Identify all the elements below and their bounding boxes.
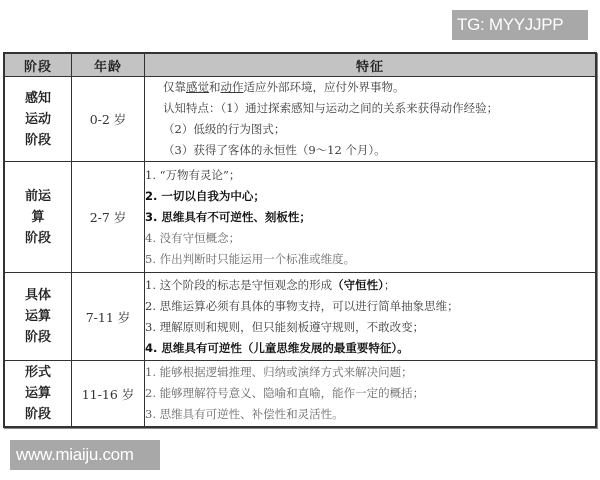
- stage-line: 运算: [5, 383, 71, 404]
- watermark-top-text: TG: MYYJJPP: [457, 15, 563, 35]
- features-cell: 1. 能够根据逻辑推理、归纳或演绎方式来解决问题； 2. 能够理解符号意义、隐喻…: [145, 361, 597, 428]
- stage-line: 阶段: [5, 327, 71, 348]
- stage-cell: 感知 运动 阶段: [4, 77, 72, 162]
- stage-line: 前运: [5, 186, 71, 207]
- stage-line: 阶段: [5, 130, 71, 151]
- feature-text: 适应外部环境，应付外界事物。: [244, 80, 405, 94]
- feature-line: （3）获得了客体的永恒性（9～12 个月）。: [163, 140, 595, 161]
- stage-cell: 具体 运算 阶段: [4, 273, 72, 361]
- feature-line-bold: 4. 思维具有可逆性（儿童思维发展的最重要特征）。: [145, 338, 595, 359]
- header-age: 年龄: [72, 53, 145, 77]
- header-features: 特征: [145, 53, 597, 77]
- header-stage: 阶段: [4, 53, 72, 77]
- age-cell: 11-16 岁: [72, 361, 145, 428]
- stage-line: 阶段: [5, 228, 71, 249]
- table-row-formal-operational: 形式 运算 阶段 11-16 岁 1. 能够根据逻辑推理、归纳或演绎方式来解决问…: [4, 361, 596, 428]
- feature-line: 5. 作出判断时只能运用一个标准或维度。: [145, 249, 595, 270]
- stage-cell: 形式 运算 阶段: [4, 361, 72, 428]
- feature-text: 和: [209, 80, 221, 94]
- feature-line: 4. 没有守恒概念；: [145, 228, 595, 249]
- stage-line: 运算: [5, 306, 71, 327]
- feature-line: （2）低级的行为图式；: [163, 119, 595, 140]
- feature-line: 3. 思维具有可逆性、补偿性和灵活性。: [145, 404, 595, 425]
- feature-underlined-text: 动作: [221, 80, 244, 94]
- stage-line: 算: [5, 207, 71, 228]
- feature-line: 1. “万物有灵论”；: [145, 165, 595, 186]
- feature-text: ；: [384, 278, 396, 292]
- feature-line-bold: 2. 一切以自我为中心；: [145, 186, 595, 207]
- features-cell: 1. 这个阶段的标志是守恒观念的形成（守恒性）； 2. 思维运算必须有具体的事物…: [145, 273, 597, 361]
- feature-text: 仅靠: [163, 80, 186, 94]
- feature-line: 1. 这个阶段的标志是守恒观念的形成（守恒性）；: [145, 275, 595, 296]
- watermark-bottom-text: www.miaiju.com: [16, 445, 134, 465]
- feature-line: 2. 能够理解符号意义、隐喻和直喻，能作一定的概括；: [145, 383, 595, 404]
- stage-line: 具体: [5, 285, 71, 306]
- watermark-bottom: www.miaiju.com: [10, 440, 160, 470]
- table-row-preoperational: 前运 算 阶段 2-7 岁 1. “万物有灵论”； 2. 一切以自我为中心； 3…: [4, 162, 596, 273]
- feature-line-bold: 3. 思维具有不可逆性、刻板性；: [145, 207, 595, 228]
- stage-line: 阶段: [5, 404, 71, 425]
- feature-line: 认知特点：（1）通过探索感知与运动之间的关系来获得动作经验；: [163, 98, 595, 119]
- feature-emphasis: （守恒性）: [332, 278, 384, 292]
- cognitive-development-table: 阶段 年龄 特征 感知 运动 阶段 0-2 岁 仅靠感觉和动作适应外部环境，应付…: [3, 52, 597, 428]
- feature-line: 3. 理解原则和规则，但只能刻板遵守规则，不敢改变；: [145, 317, 595, 338]
- feature-line: 2. 思维运算必须有具体的事物支持，可以进行简单抽象思维；: [145, 296, 595, 317]
- age-cell: 2-7 岁: [72, 162, 145, 273]
- table-header-row: 阶段 年龄 特征: [4, 53, 596, 77]
- feature-line: 仅靠感觉和动作适应外部环境，应付外界事物。: [163, 77, 595, 98]
- stage-cell: 前运 算 阶段: [4, 162, 72, 273]
- stage-line: 感知: [5, 88, 71, 109]
- feature-text: 1. 这个阶段的标志是守恒观念的形成: [145, 278, 332, 292]
- features-cell: 仅靠感觉和动作适应外部环境，应付外界事物。 认知特点：（1）通过探索感知与运动之…: [145, 77, 597, 162]
- features-cell: 1. “万物有灵论”； 2. 一切以自我为中心； 3. 思维具有不可逆性、刻板性…: [145, 162, 597, 273]
- table-row-concrete-operational: 具体 运算 阶段 7-11 岁 1. 这个阶段的标志是守恒观念的形成（守恒性）；…: [4, 273, 596, 361]
- feature-underlined-text: 感觉: [186, 80, 209, 94]
- stage-line: 运动: [5, 109, 71, 130]
- age-cell: 0-2 岁: [72, 77, 145, 162]
- table-row-sensorimotor: 感知 运动 阶段 0-2 岁 仅靠感觉和动作适应外部环境，应付外界事物。 认知特…: [4, 77, 596, 162]
- watermark-top: TG: MYYJJPP: [452, 10, 588, 40]
- stage-line: 形式: [5, 362, 71, 383]
- feature-line: 1. 能够根据逻辑推理、归纳或演绎方式来解决问题；: [145, 362, 595, 383]
- age-cell: 7-11 岁: [72, 273, 145, 361]
